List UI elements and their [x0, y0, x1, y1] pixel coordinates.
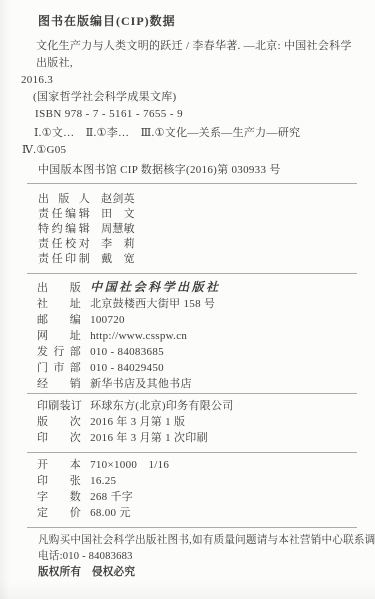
- publisher-logotype: 中国社会科学出版社: [90, 280, 221, 295]
- cip-series: (国家哲学社会科学成果文库): [33, 89, 357, 106]
- field-label: 出版人: [38, 192, 90, 207]
- field-value: 2016 年 3 月第 1 次印刷: [90, 430, 208, 446]
- staff-row: 出版人 赵剑英: [38, 192, 365, 207]
- field-value: 010 - 84083685: [90, 344, 164, 360]
- field-label: 印次: [37, 430, 81, 446]
- cip-title: 图书在版编目(CIP)数据: [38, 13, 357, 30]
- publication-row: 社址 北京鼓楼西大街甲 158 号: [37, 296, 365, 312]
- quality-notice: 凡购买中国社会科学出版社图书,如有质量问题请与本社营销中心联系调换: [38, 533, 361, 549]
- staff-row: 特约编辑 周慧敏: [38, 222, 365, 237]
- staff-row: 责任校对 李 莉: [38, 237, 365, 252]
- field-label: 出版: [37, 280, 81, 296]
- staff-row: 责任编辑 田 文: [38, 207, 365, 222]
- field-label: 字数: [37, 489, 81, 505]
- field-value: 100720: [90, 312, 125, 328]
- field-label: 网址: [37, 328, 81, 344]
- field-value: 田 文: [101, 207, 135, 222]
- service-phone: 电话:010 - 84083683: [38, 549, 361, 565]
- field-value: 北京鼓楼西大街甲 158 号: [90, 296, 215, 312]
- publication-row: 门市部 010 - 84029450: [37, 360, 365, 376]
- format-section: 开本 710×1000 1/16 印张 16.25 字数 268 千字 定价 6…: [0, 453, 375, 527]
- field-label: 发行部: [37, 344, 81, 360]
- field-label: 责任校对: [38, 237, 90, 252]
- field-label: 门市部: [37, 360, 81, 376]
- field-label: 版次: [37, 414, 81, 430]
- field-label: 邮编: [37, 312, 81, 328]
- field-value: 环球东方(北京)印务有限公司: [90, 398, 234, 414]
- cip-isbn: ISBN 978 - 7 - 5161 - 7655 - 9: [35, 106, 357, 123]
- field-label: 印张: [37, 473, 81, 489]
- field-label: 责任编辑: [38, 207, 90, 222]
- format-row: 定价 68.00 元: [37, 505, 365, 521]
- field-label: 责任印制: [38, 252, 90, 267]
- copyright-page: 图书在版编目(CIP)数据 文化生产力与人类文明的跃迁 / 李春华著. —北京:…: [0, 0, 375, 599]
- field-label: 开本: [37, 457, 81, 473]
- format-row: 开本 710×1000 1/16: [37, 457, 365, 473]
- cip-entry: 文化生产力与人类文明的跃迁 / 李春华著. —北京: 中国社会科学出版社, 20…: [21, 38, 357, 89]
- field-label: 社址: [37, 296, 81, 312]
- staff-section: 出版人 赵剑英 责任编辑 田 文 特约编辑 周慧敏 责任校对 李 莉 责任印制 …: [0, 184, 375, 273]
- cip-entry-line2: 2016.3: [21, 72, 357, 89]
- staff-row: 责任印制 戴 宽: [38, 252, 365, 267]
- field-value: 710×1000 1/16: [90, 457, 169, 473]
- cip-classification-line2: Ⅳ.①G05: [22, 142, 357, 158]
- field-value: 268 千字: [90, 489, 133, 505]
- printing-row: 印刷装订 环球东方(北京)印务有限公司: [37, 398, 365, 414]
- field-label: 定价: [37, 505, 81, 521]
- publication-row: 网址 http://www.csspw.cn: [37, 328, 365, 344]
- publication-row: 经销 新华书店及其他书店: [37, 376, 365, 392]
- field-value: 16.25: [90, 473, 116, 489]
- field-value: 2016 年 3 月第 1 版: [90, 414, 185, 430]
- format-row: 字数 268 千字: [37, 489, 365, 505]
- field-label: 经销: [37, 376, 81, 392]
- publication-row: 邮编 100720: [37, 312, 365, 328]
- copyright-notice: 版权所有 侵权必究: [38, 565, 361, 581]
- field-label: 特约编辑: [38, 222, 90, 237]
- cip-record-number: 中国版本图书馆 CIP 数据核字(2016)第 030933 号: [38, 162, 357, 179]
- cip-classification-line1: Ⅰ.①文… Ⅱ.①李… Ⅲ.①文化—关系—生产力—研究: [34, 125, 357, 142]
- field-value: 赵剑英: [101, 192, 135, 207]
- field-value: 68.00 元: [90, 505, 131, 521]
- cip-section: 图书在版编目(CIP)数据 文化生产力与人类文明的跃迁 / 李春华著. —北京:…: [0, 0, 375, 183]
- field-value: 周慧敏: [101, 222, 135, 237]
- format-row: 印张 16.25: [37, 473, 365, 489]
- field-value: 李 莉: [101, 237, 135, 252]
- publication-row: 发行部 010 - 84083685: [37, 344, 365, 360]
- publication-row: 出版 中国社会科学出版社: [37, 280, 365, 296]
- printing-row: 版次 2016 年 3 月第 1 版: [37, 414, 365, 430]
- printing-section: 印刷装订 环球东方(北京)印务有限公司 版次 2016 年 3 月第 1 版 印…: [0, 394, 375, 452]
- printing-row: 印次 2016 年 3 月第 1 次印刷: [37, 430, 365, 446]
- publication-section: 出版 中国社会科学出版社 社址 北京鼓楼西大街甲 158 号 邮编 100720…: [0, 274, 375, 393]
- website-url: http://www.csspw.cn: [90, 328, 187, 344]
- field-value: 010 - 84029450: [90, 360, 164, 376]
- field-label: 印刷装订: [37, 398, 81, 414]
- cip-entry-line1: 文化生产力与人类文明的跃迁 / 李春华著. —北京: 中国社会科学出版社,: [36, 38, 357, 72]
- field-value: 戴 宽: [101, 252, 135, 267]
- footer-section: 凡购买中国社会科学出版社图书,如有质量问题请与本社营销中心联系调换 电话:010…: [0, 528, 375, 598]
- field-value: 新华书店及其他书店: [90, 376, 192, 392]
